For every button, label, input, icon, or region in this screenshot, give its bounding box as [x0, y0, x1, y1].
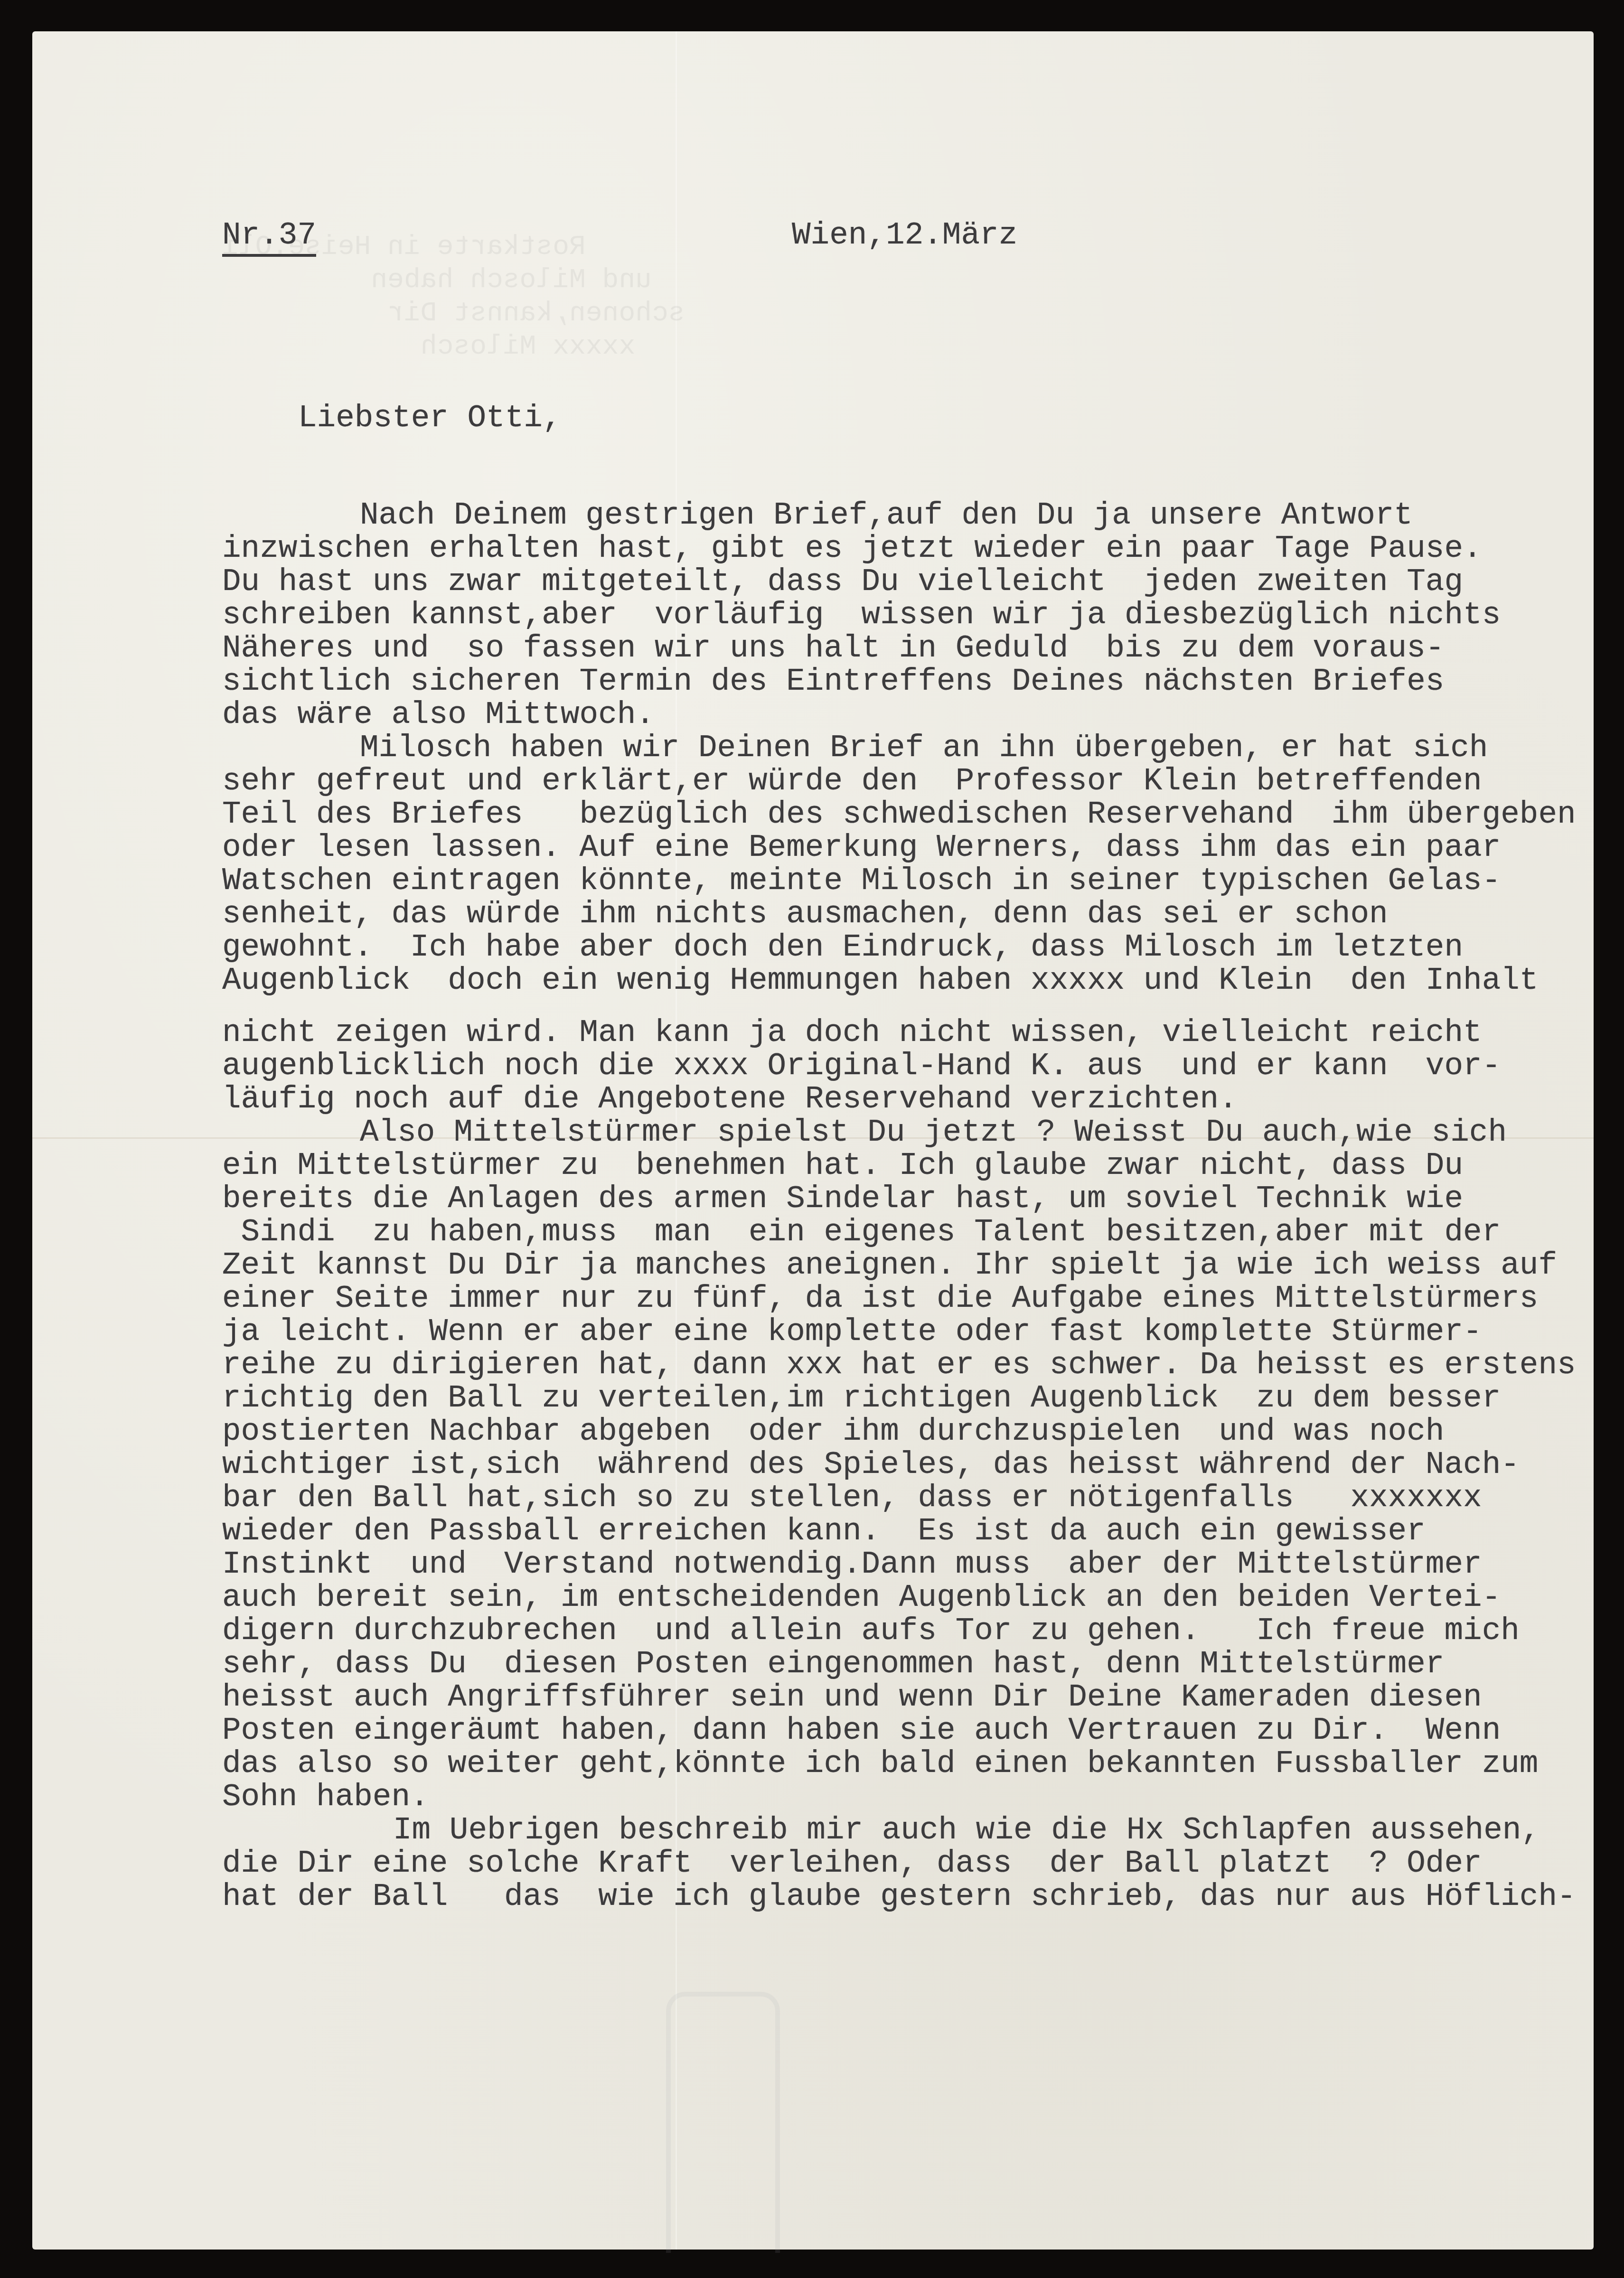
- letter-line: heisst auch Angriffsführer sein und wenn…: [222, 1681, 1624, 1714]
- salutation: Liebster Otti,: [298, 402, 562, 435]
- letter-line: sichtlich sicheren Termin des Eintreffen…: [222, 665, 1624, 698]
- letter-line: bar den Ball hat,sich so zu stellen, das…: [222, 1481, 1624, 1515]
- letter-line: Du hast uns zwar mitgeteilt, dass Du vie…: [222, 565, 1624, 599]
- letter-line: Nach Deinem gestrigen Brief,auf den Du j…: [222, 499, 1624, 532]
- place-and-date: Wien,12.März: [792, 219, 1017, 252]
- letter-line: schreiben kannst,aber vorläufig wissen w…: [222, 599, 1624, 632]
- letter-line: das wäre also Mittwoch.: [222, 698, 1624, 731]
- letter-line: Zeit kannst Du Dir ja manches aneignen. …: [222, 1249, 1624, 1282]
- letter-line: Posten eingeräumt haben, dann haben sie …: [222, 1714, 1624, 1747]
- paper-watermark: [666, 1992, 780, 2253]
- letter-line: postierten Nachbar abgeben oder ihm durc…: [222, 1415, 1624, 1448]
- letter-line: digern durchzubrechen und allein aufs To…: [222, 1614, 1624, 1648]
- letter-line: sehr gefreut und erklärt,er würde den Pr…: [222, 765, 1624, 798]
- letter-line: Näheres und so fassen wir uns halt in Ge…: [222, 632, 1624, 665]
- letter-line: ja leicht. Wenn er aber eine komplette o…: [222, 1315, 1624, 1349]
- letter-line: sehr, dass Du diesen Posten eingenommen …: [222, 1648, 1624, 1681]
- letter-line: bereits die Anlagen des armen Sindelar h…: [222, 1182, 1624, 1216]
- letter-line: wieder den Passball erreichen kann. Es i…: [222, 1515, 1624, 1548]
- letter-line: hat der Ball das wie ich glaube gestern …: [222, 1880, 1624, 1913]
- letter-line: Also Mittelstürmer spielst Du jetzt ? We…: [222, 1116, 1624, 1149]
- letter-line: ein Mittelstürmer zu benehmen hat. Ich g…: [222, 1149, 1624, 1182]
- letter-number: Nr.37: [222, 219, 316, 257]
- letter-line: nicht zeigen wird. Man kann ja doch nich…: [222, 1016, 1624, 1050]
- letter-line: gewohnt. Ich habe aber doch den Eindruck…: [222, 931, 1624, 964]
- letter-line: das also so weiter geht,könnte ich bald …: [222, 1747, 1624, 1781]
- letter-line: Teil des Briefes bezüglich des schwedisc…: [222, 798, 1624, 831]
- letter-line: richtig den Ball zu verteilen,im richtig…: [222, 1382, 1624, 1415]
- letter-line: senheit, das würde ihm nichts ausmachen,…: [222, 898, 1624, 931]
- letter-line: Watschen eintragen könnte, meinte Milosc…: [222, 864, 1624, 898]
- letter-line: einer Seite immer nur zu fünf, da ist di…: [222, 1282, 1624, 1315]
- letter-line: reihe zu dirigieren hat, dann xxx hat er…: [222, 1349, 1624, 1382]
- letter-line: wichtiger ist,sich während des Spieles, …: [222, 1448, 1624, 1481]
- letter-line: auch bereit sein, im entscheidenden Auge…: [222, 1581, 1624, 1614]
- letter-line: die Dir eine solche Kraft verleihen, das…: [222, 1847, 1624, 1880]
- letter-line: läufig noch auf die Angebotene Reserveha…: [222, 1083, 1624, 1116]
- letter-line: Sohn haben.: [222, 1781, 1624, 1814]
- letter-line: augenblicklich noch die xxxx Original-Ha…: [222, 1050, 1624, 1083]
- letter-line: oder lesen lassen. Auf eine Bemerkung We…: [222, 831, 1624, 864]
- letter-line: Instinkt und Verstand notwendig.Dann mus…: [222, 1548, 1624, 1581]
- letter-line: Milosch haben wir Deinen Brief an ihn üb…: [222, 731, 1624, 765]
- letter-line: Im Uebrigen beschreib mir auch wie die H…: [222, 1814, 1624, 1847]
- letter-line: Augenblick doch ein wenig Hemmungen habe…: [222, 964, 1624, 997]
- letter-line: inzwischen erhalten hast, gibt es jetzt …: [222, 532, 1624, 565]
- letter-body: Nach Deinem gestrigen Brief,auf den Du j…: [222, 499, 1624, 1913]
- letter-page: Rostkarte in Heise.Oli und Milosch haben…: [32, 31, 1594, 2250]
- letter-line: Sindi zu haben,muss man ein eigenes Tale…: [222, 1216, 1624, 1249]
